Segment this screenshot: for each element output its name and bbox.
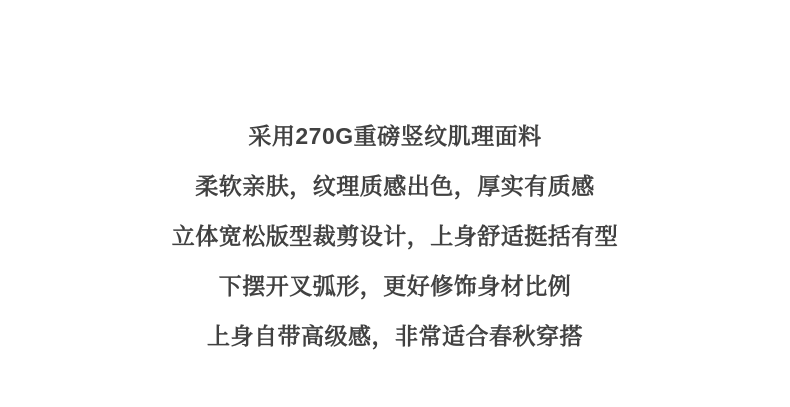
description-line-texture: 柔软亲肤，纹理质感出色，厚实有质感 xyxy=(0,161,790,211)
description-line-hem: 下摆开叉弧形，更好修饰身材比例 xyxy=(0,261,790,311)
description-line-fabric: 采用270G重磅竖纹肌理面料 xyxy=(0,111,790,161)
product-description-text: 采用270G重磅竖纹肌理面料 柔软亲肤，纹理质感出色，厚实有质感 立体宽松版型裁… xyxy=(0,111,790,361)
product-description-section: { "page": { "background_color": "#ffffff… xyxy=(0,0,790,407)
description-line-season: 上身自带高级感，非常适合春秋穿搭 xyxy=(0,311,790,361)
description-line-cut: 立体宽松版型裁剪设计，上身舒适挺括有型 xyxy=(0,211,790,261)
